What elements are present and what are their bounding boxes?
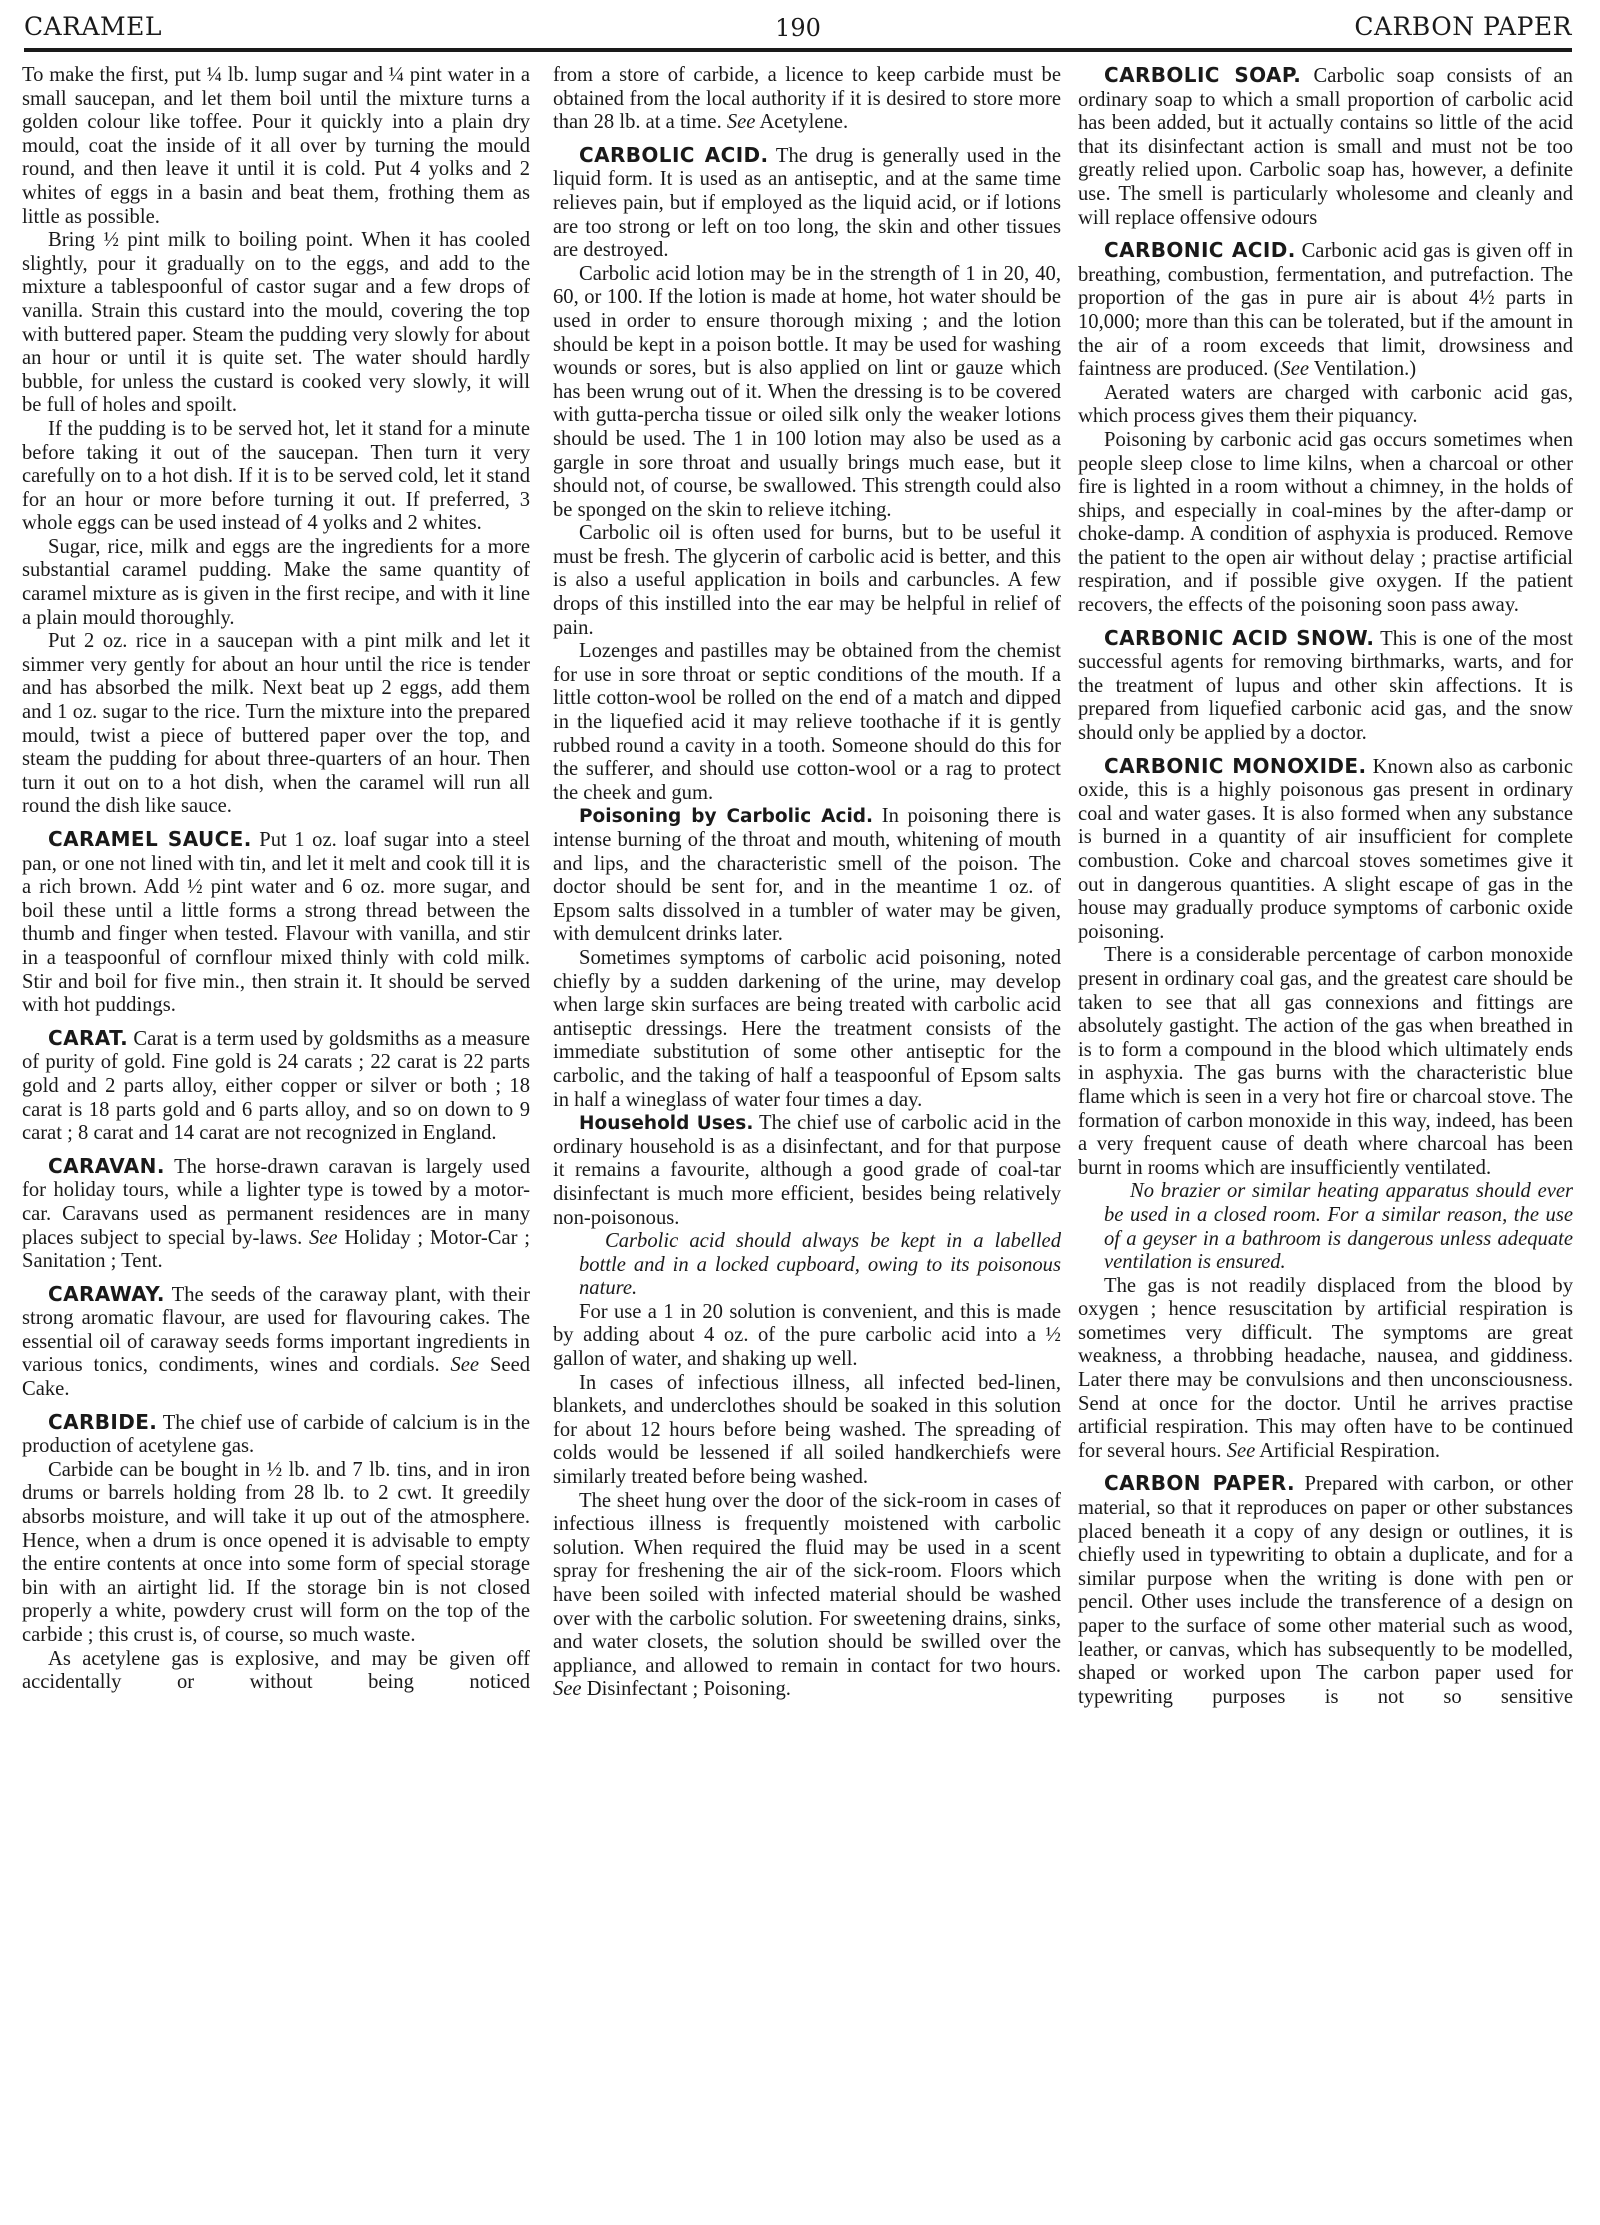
- paragraph: Carbolic acid lotion may be in the stren…: [553, 263, 1061, 523]
- headword: CARBIDE.: [48, 1410, 157, 1434]
- entry-carbide: CARBIDE. The chief use of carbide of cal…: [22, 1411, 530, 1695]
- headword: CARBON PAPER.: [1104, 1471, 1295, 1495]
- paragraph: Sugar, rice, milk and eggs are the ingre…: [22, 536, 530, 630]
- paragraph: The gas is not readily displaced from th…: [1078, 1275, 1573, 1462]
- entry-carbolic-acid: CARBOLIC ACID. The drug is generally use…: [553, 144, 1061, 1702]
- paragraph: Aerated waters are charged with carbonic…: [1078, 382, 1573, 429]
- see-label: See: [553, 1678, 582, 1700]
- paragraph: Put 2 oz. rice in a saucepan with a pint…: [22, 630, 530, 819]
- page-number: 190: [24, 14, 1572, 42]
- see-label: See: [727, 111, 756, 133]
- paragraph: In cases of infectious illness, all infe…: [553, 1372, 1061, 1490]
- entry-carbonic-acid: CARBONIC ACID. Carbonic acid gas is give…: [1078, 239, 1573, 618]
- entry-text: Carbolic soap consists of an ordinary so…: [1078, 65, 1573, 229]
- cross-reference[interactable]: Ventilation.): [1314, 358, 1416, 380]
- see-label: See: [451, 1354, 480, 1376]
- paragraph: Bring ½ pint milk to boiling point. When…: [22, 229, 530, 418]
- italic-note: No brazier or similar heating apparatus …: [1104, 1180, 1573, 1274]
- column-right: CARBOLIC SOAP. Carbolic soap consists of…: [1078, 64, 1573, 2214]
- entry-caravan: CARAVAN. The horse-drawn caravan is larg…: [22, 1155, 530, 1274]
- entry-carat: CARAT. Carat is a term used by goldsmith…: [22, 1027, 530, 1146]
- entry-carbon-paper: CARBON PAPER. Prepared with carbon, or o…: [1078, 1472, 1573, 1709]
- see-label: See: [1227, 1440, 1256, 1462]
- cross-reference[interactable]: Disinfectant ; Poisoning.: [587, 1678, 791, 1700]
- italic-note: Carbolic acid should always be kept in a…: [579, 1230, 1061, 1301]
- entry-carbonic-acid-snow: CARBONIC ACID SNOW. This is one of the m…: [1078, 627, 1573, 746]
- subheading: Poisoning by Carbolic Acid.: [579, 806, 873, 827]
- see-label: See: [309, 1227, 338, 1249]
- headword: CARAVAN.: [48, 1154, 165, 1178]
- paragraph: Poisoning by carbonic acid gas occurs so…: [1078, 429, 1573, 618]
- paragraph: Carbide can be bought in ½ lb. and 7 lb.…: [22, 1459, 530, 1648]
- entry-text: Prepared with carbon, or other material,…: [1078, 1473, 1573, 1707]
- headword: CARAT.: [48, 1026, 128, 1050]
- headword: CARBONIC MONOXIDE.: [1104, 754, 1367, 778]
- headword: CARBONIC ACID SNOW.: [1104, 626, 1374, 650]
- paragraph: To make the first, put ¼ lb. lump sugar …: [22, 64, 530, 229]
- headword: CARAMEL SAUCE.: [48, 827, 252, 851]
- right-guide-word: CARBON PAPER: [1354, 12, 1572, 41]
- paragraph: Sometimes symptoms of carbolic acid pois…: [553, 947, 1061, 1112]
- paragraph: The sheet hung over the door of the sick…: [553, 1490, 1061, 1677]
- entry-carbonic-monoxide: CARBONIC MONOXIDE. Known also as carboni…: [1078, 755, 1573, 1464]
- paragraph: As acetylene gas is explosive, and may b…: [22, 1648, 530, 1695]
- column-middle: from a store of carbide, a licence to ke…: [553, 64, 1061, 2214]
- headword: CARAWAY.: [48, 1282, 165, 1306]
- entry-text: Known also as carbonic oxide, this is a …: [1078, 756, 1573, 943]
- entry-carbolic-soap: CARBOLIC SOAP. Carbolic soap consists of…: [1078, 64, 1573, 230]
- paragraph: If the pudding is to be served hot, let …: [22, 418, 530, 536]
- paragraph: Carbolic oil is often used for burns, bu…: [553, 522, 1061, 640]
- entry-caramel-sauce: CARAMEL SAUCE. Put 1 oz. loaf sugar into…: [22, 828, 530, 1018]
- paragraph: For use a 1 in 20 solution is convenient…: [553, 1301, 1061, 1372]
- paragraph: There is a considerable percentage of ca…: [1078, 944, 1573, 1180]
- running-header: CARAMEL 190 CARBON PAPER: [24, 6, 1572, 52]
- headword: CARBOLIC SOAP.: [1104, 64, 1301, 87]
- paragraph: Lozenges and pastilles may be obtained f…: [553, 640, 1061, 805]
- see-label: See: [1280, 358, 1309, 380]
- headword: CARBOLIC ACID.: [579, 143, 769, 167]
- cross-reference[interactable]: Artificial Respiration.: [1259, 1440, 1440, 1462]
- headword: CARBONIC ACID.: [1104, 238, 1296, 262]
- column-left: To make the first, put ¼ lb. lump sugar …: [22, 64, 530, 2214]
- entry-text: Put 1 oz. loaf sugar into a steel pan, o…: [22, 829, 530, 1016]
- cross-reference[interactable]: Acetylene.: [759, 111, 848, 133]
- entry-caraway: CARAWAY. The seeds of the caraway plant,…: [22, 1283, 530, 1402]
- subheading: Household Uses.: [579, 1113, 753, 1134]
